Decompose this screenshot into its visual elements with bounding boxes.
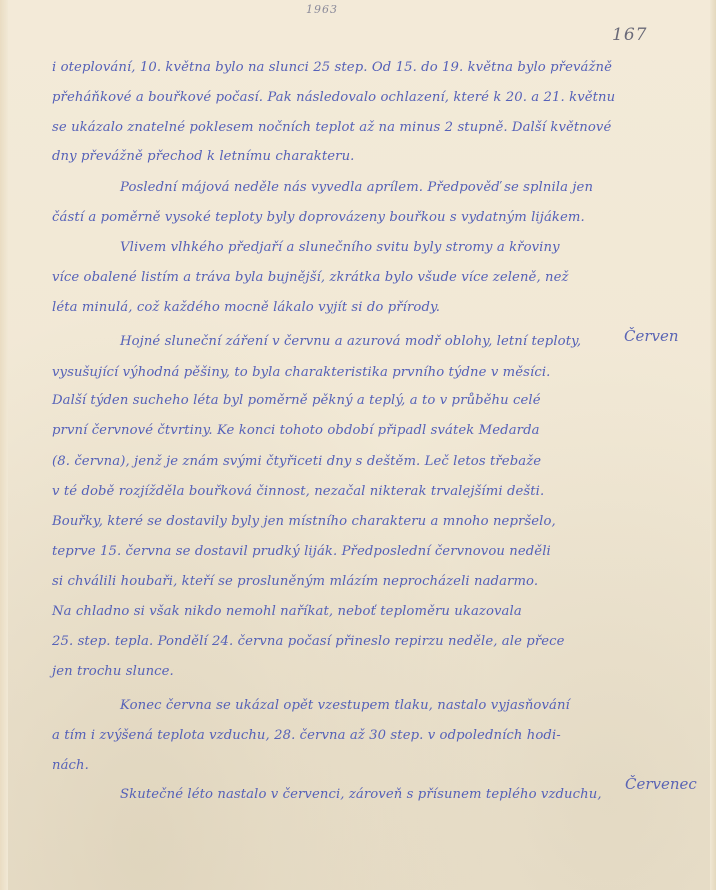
text-line: Skutečné léto nastalo v červenci, zárove… [52,785,602,805]
text-line: více obalené listím a tráva byla bujnějš… [52,268,569,288]
text-line: Další týden sucheho léta byl poměrně pěk… [52,391,541,411]
year-header: 1963 [306,3,338,16]
text-line: vysušující výhodná pěšiny, to byla chara… [52,363,550,383]
text-line: Poslední májová neděle nás vyvedla apríl… [52,178,593,198]
text-line: dny převážně přechod k letnímu charakter… [52,147,354,167]
text-line: teprve 15. června se dostavil prudký lij… [52,542,551,562]
manuscript-page: 1963 167 i oteplování, 10. května bylo n… [0,0,716,890]
text-line: 25. step. tepla. Pondělí 24. června poča… [52,632,565,652]
text-line: Vlivem vlhkého předjaří a slunečního svi… [52,238,560,258]
text-line: nách. [52,756,89,776]
text-line: první červnové čtvrtiny. Ke konci tohoto… [52,421,540,441]
text-line: částí a poměrně vysoké teploty byly dopr… [52,208,585,228]
text-line: Hojné sluneční záření v červnu a azurová… [52,332,581,352]
page-edge-left [0,0,8,890]
text-line: se ukázalo znatelné poklesem nočních tep… [52,118,611,138]
text-line: a tím i zvýšená teplota vzduchu, 28. čer… [52,726,561,746]
text-line: i oteplování, 10. května bylo na slunci … [52,58,612,78]
text-line: Konec června se ukázal opět vzestupem tl… [52,696,570,716]
text-line: si chválili houbaři, kteří se prosluněný… [52,572,538,592]
text-line: přeháňkové a bouřkové počasí. Pak násled… [52,88,615,108]
text-line: v té době rozjížděla bouřková činnost, n… [52,482,544,502]
page-number: 167 [612,25,647,45]
margin-note-cerven: Červen [624,327,679,345]
text-line: (8. června), jenž je znám svými čtyřicet… [52,452,541,472]
text-line: léta minulá, což každého mocně lákalo vy… [52,298,440,318]
text-line: Bouřky, které se dostavily byly jen míst… [52,512,556,532]
text-line: jen trochu slunce. [52,662,174,682]
page-edge-right [710,0,716,890]
text-line: Na chladno si však nikdo nemohl naříkat,… [52,602,522,622]
margin-note-cervenec: Červenec [625,775,697,793]
